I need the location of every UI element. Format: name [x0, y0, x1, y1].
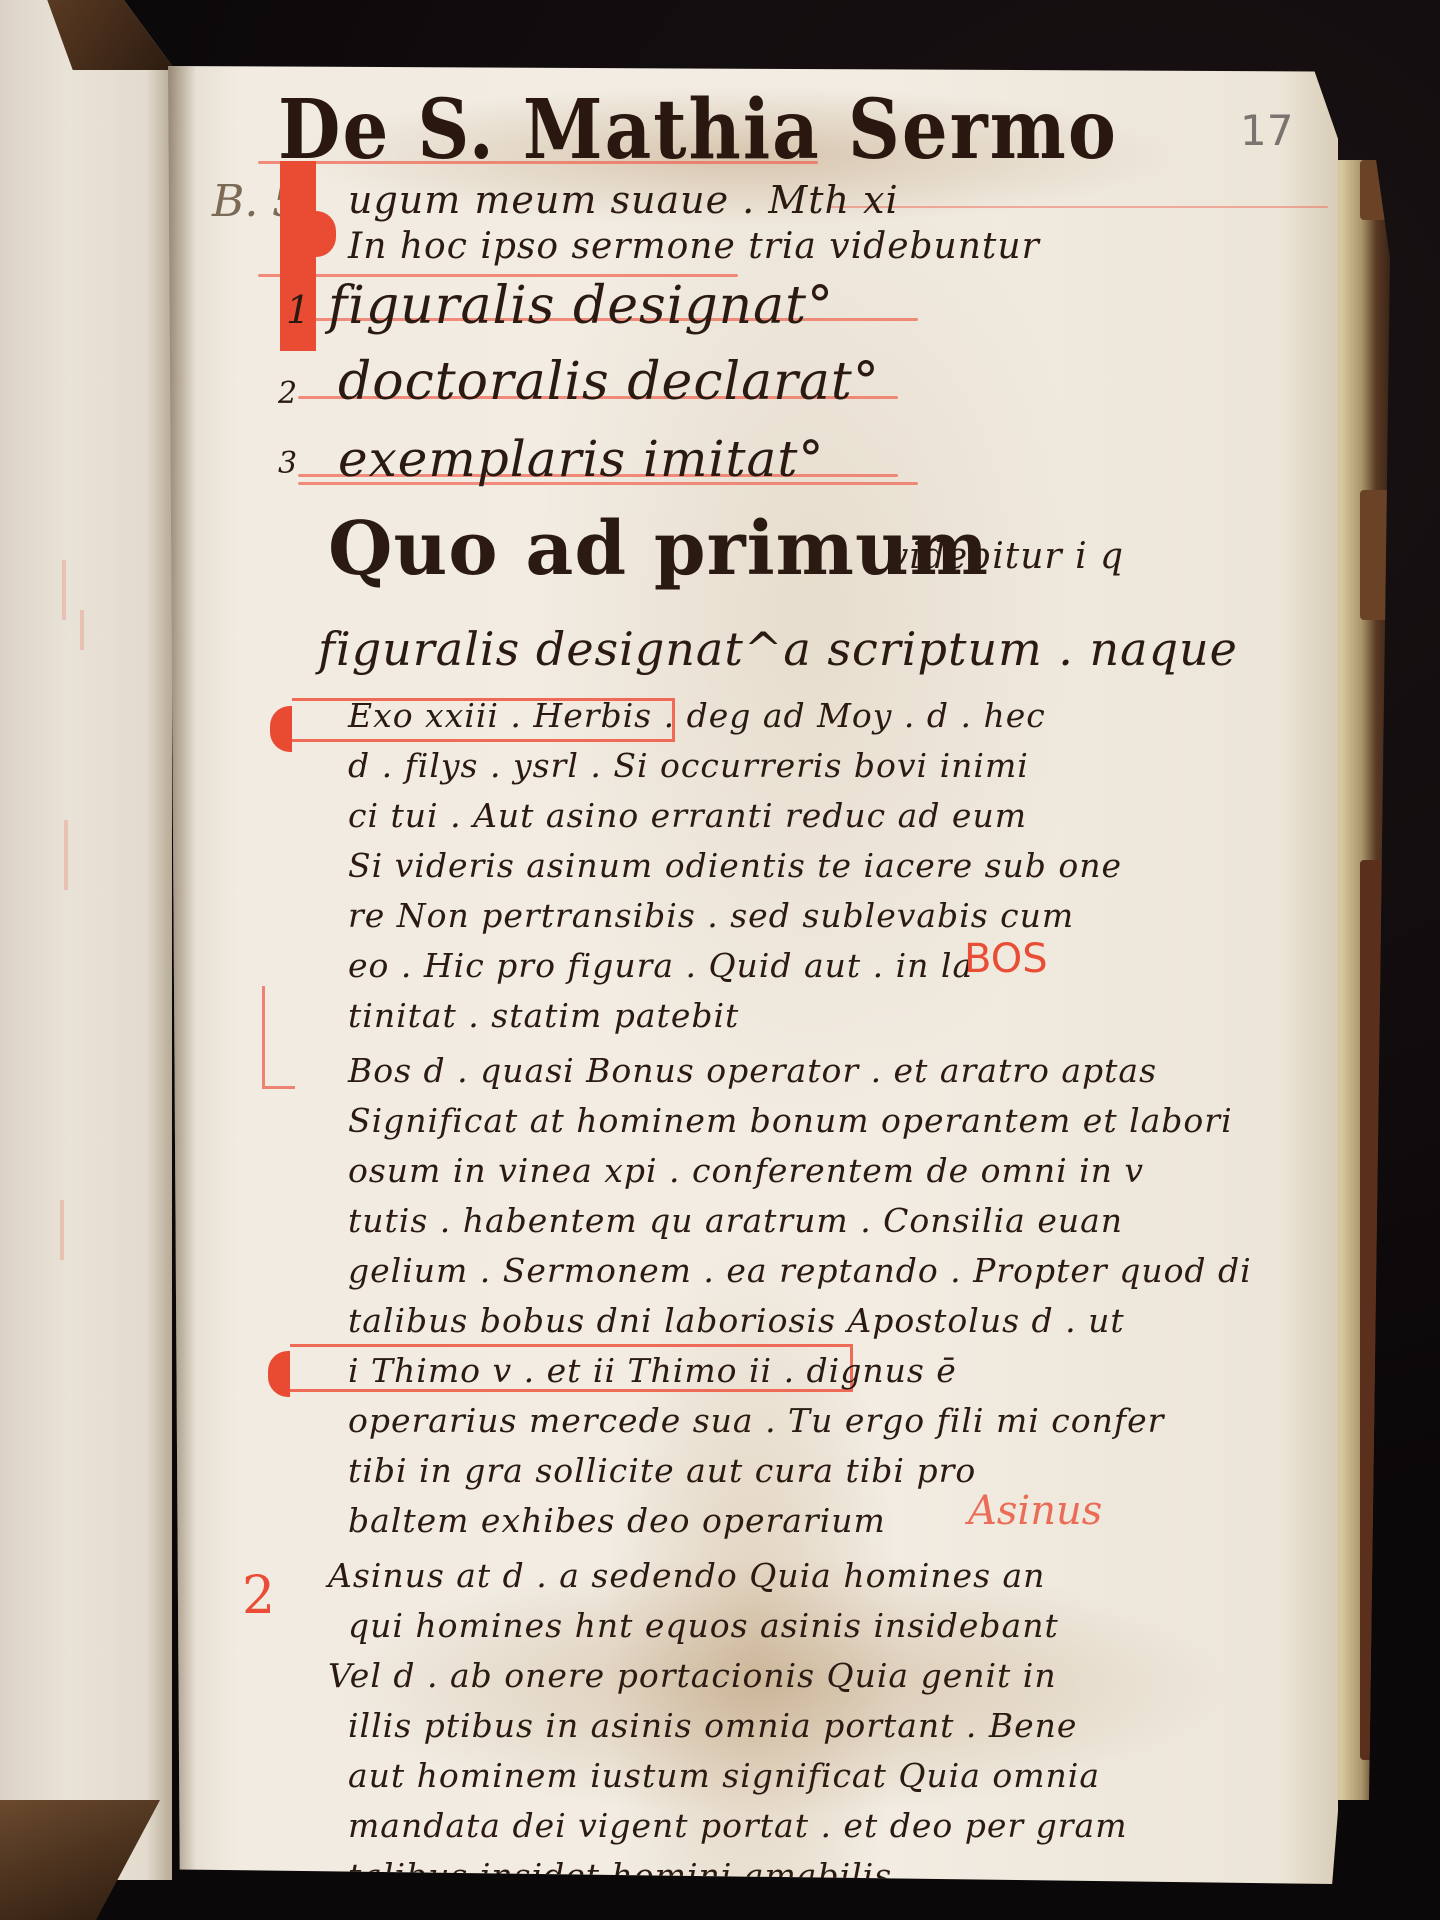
text-line: figuralis designat°: [328, 276, 834, 336]
text-line: doctoralis declarat°: [338, 352, 880, 412]
verso-page-edge: [0, 0, 172, 1880]
offset-rubric: [62, 560, 66, 620]
text-line: aut hominem iustum significat Quia omnia: [348, 1756, 1100, 1795]
margin-number: 3: [278, 446, 297, 481]
folio-number: 17: [1240, 106, 1293, 155]
text-line: baltem exhibes deo operarium: [348, 1501, 886, 1540]
text-line: Vel d . ab onere portacionis Quia genit …: [328, 1656, 1057, 1695]
text-line: Asinus at d . a sedendo Quia homines an: [328, 1556, 1045, 1595]
text-line: In hoc ipso sermone tria videbuntur: [348, 226, 1040, 267]
text-line: tibi in gra sollicite aut cura tibi pro: [348, 1451, 976, 1490]
text-line: i Thimo v . et ii Thimo ii . dignus ē: [348, 1351, 957, 1390]
paragraph-mark: [268, 1351, 290, 1397]
text-line: tutis . habentem qu aratrum . Consilia e…: [348, 1201, 1123, 1240]
rubric-label-bos: BOS: [964, 936, 1048, 982]
text-line: eo . Hic pro figura . Quid aut . in la: [348, 946, 973, 985]
text-line: operarius mercede sua . Tu ergo fili mi …: [348, 1401, 1164, 1440]
text-line: talibus bobus dni laboriosis Apostolus d…: [348, 1301, 1125, 1340]
text-line: illis ptibus in asinis omnia portant . B…: [348, 1706, 1077, 1745]
text-line: tinitat . statim patebit: [348, 996, 739, 1035]
text-line: d . filys . ysrl . Si occurreris bovi in…: [348, 746, 1029, 785]
text-line: re Non pertransibis . sed sublevabis cum: [348, 896, 1074, 935]
text-line: videbitur i q: [888, 536, 1124, 577]
text-line: Si videris asinum odientis te iacere sub…: [348, 846, 1122, 885]
text-line: ugum meum suaue . Mth xi: [348, 178, 899, 222]
manuscript-page: De S. Mathia Sermo 17 B. 5. ugum meum su…: [168, 66, 1338, 1884]
offset-rubric: [64, 820, 68, 890]
margin-number: 2: [278, 376, 297, 411]
text-line: Exo xxiii . Herbis . deg ad Moy . d . he…: [348, 696, 1046, 735]
text-line: mandata dei vigent portat . et deo per g…: [348, 1806, 1128, 1845]
page-title: De S. Mathia Sermo: [278, 80, 1118, 178]
rubric-label-asinus: Asinus: [968, 1488, 1102, 1534]
text-line: ci tui . Aut asino erranti reduc ad eum: [348, 796, 1027, 835]
text-line: qui homines hnt equos asinis insidebant: [348, 1606, 1059, 1645]
text-line: Significat at hominem bonum operantem et…: [348, 1101, 1233, 1140]
text-line: osum in vinea xpi . conferentem de omni …: [348, 1151, 1144, 1190]
ruling-line: [828, 206, 1328, 208]
margin-bracket: [262, 986, 295, 1089]
text-line: figuralis designat^a scriptum . naque: [318, 622, 1238, 676]
margin-number-red: 2: [242, 1566, 275, 1626]
text-line: gelium . Sermonem . ea reptando . Propte…: [348, 1251, 1252, 1290]
text-line: exemplaris imitat°: [338, 430, 824, 488]
text-line: Bos d . quasi Bonus operator . et aratro…: [348, 1051, 1157, 1090]
offset-rubric: [80, 610, 84, 650]
offset-rubric: [60, 1200, 64, 1260]
paragraph-mark: [270, 706, 292, 752]
margin-number: 1: [286, 288, 310, 332]
